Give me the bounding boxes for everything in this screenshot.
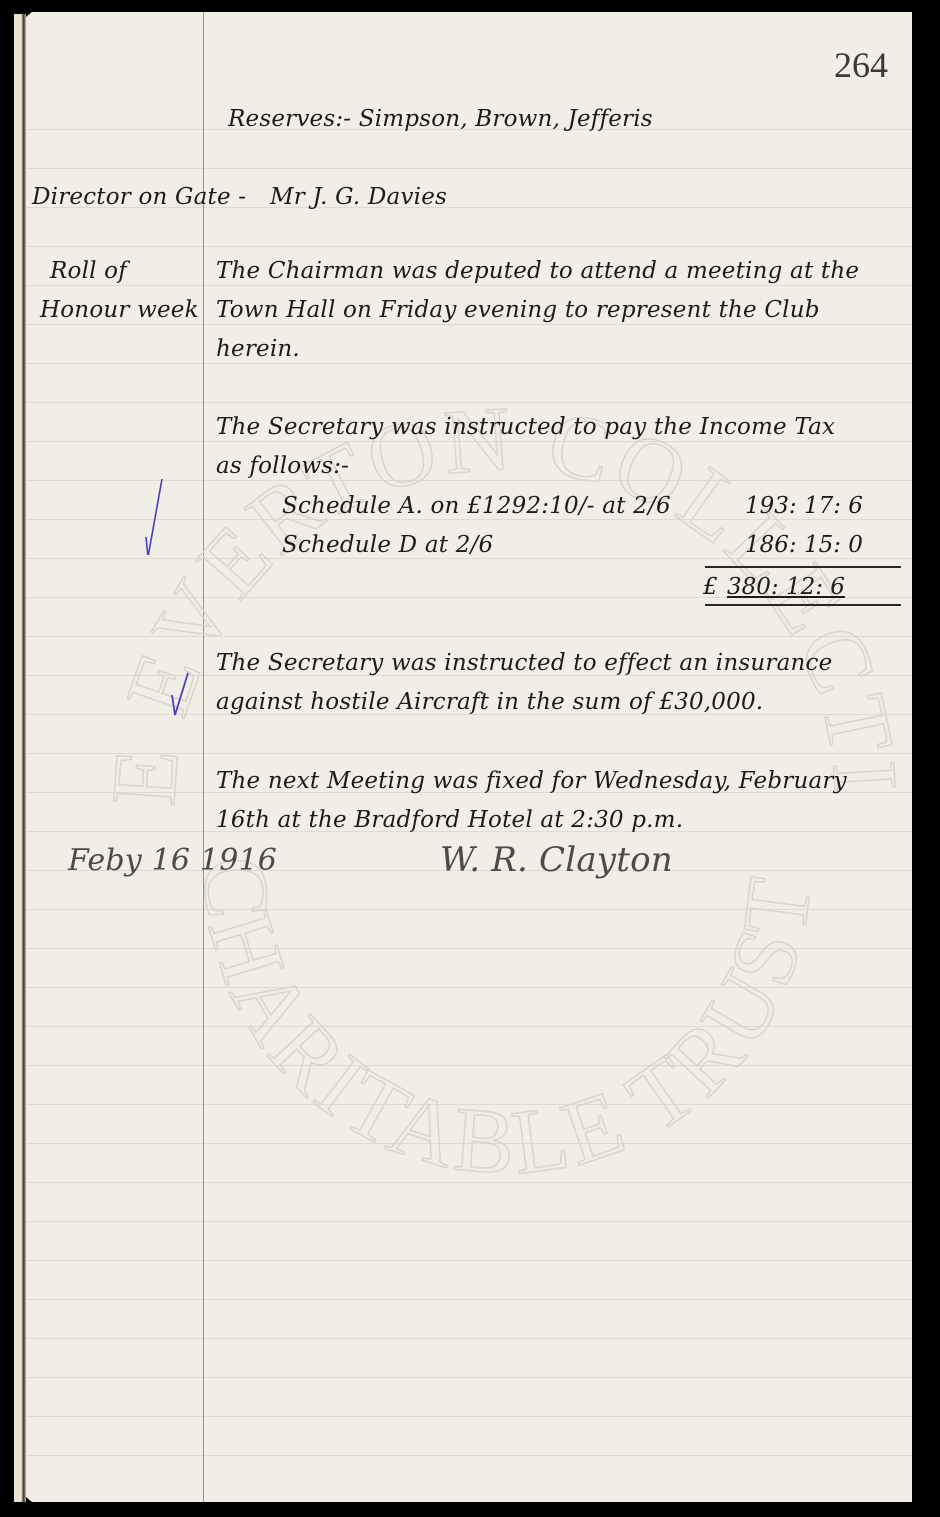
margin-rule <box>203 12 204 1502</box>
income-tax-line: as follows:- <box>216 453 349 479</box>
checkmark-icon <box>170 665 194 720</box>
director-on-gate-label: Director on Gate - <box>32 184 246 210</box>
insurance-line: The Secretary was instructed to effect a… <box>216 650 832 676</box>
page-binding-edge <box>14 14 26 1502</box>
next-meeting-line: 16th at the Bradford Hotel at 2:30 p.m. <box>216 807 683 833</box>
total-rule <box>705 604 901 606</box>
insurance-line: against hostile Aircraft in the sum of £… <box>216 689 763 715</box>
roll-of-honour-line: Town Hall on Friday evening to represent… <box>216 297 820 323</box>
margin-label-honour-week: Honour week <box>40 297 199 323</box>
total-currency-symbol: £ <box>703 574 718 600</box>
schedule-d-label: Schedule D at 2/6 <box>282 532 493 558</box>
chairman-signature: W. R. Clayton <box>440 840 673 880</box>
margin-label-roll-of: Roll of <box>50 258 127 284</box>
schedule-d-amount: 186: 15: 0 <box>745 532 863 558</box>
income-tax-line: The Secretary was instructed to pay the … <box>216 414 835 440</box>
ledger-page <box>14 12 912 1502</box>
roll-of-honour-line: herein. <box>216 336 300 362</box>
signoff-date: Feby 16 1916 <box>68 843 277 878</box>
income-tax-total: 380: 12: 6 <box>727 574 845 600</box>
reserves-line: Reserves:- Simpson, Brown, Jefferis <box>228 106 653 132</box>
page-number: 264 <box>834 44 888 86</box>
director-on-gate-value: Mr J. G. Davies <box>270 184 447 210</box>
subtotal-rule <box>705 566 901 568</box>
schedule-a-amount: 193: 17: 6 <box>745 493 863 519</box>
roll-of-honour-line: The Chairman was deputed to attend a mee… <box>216 258 859 284</box>
checkmark-icon <box>140 475 164 555</box>
schedule-a-label: Schedule A. on £1292:10/- at 2/6 <box>282 493 671 519</box>
next-meeting-line: The next Meeting was fixed for Wednesday… <box>216 768 847 794</box>
